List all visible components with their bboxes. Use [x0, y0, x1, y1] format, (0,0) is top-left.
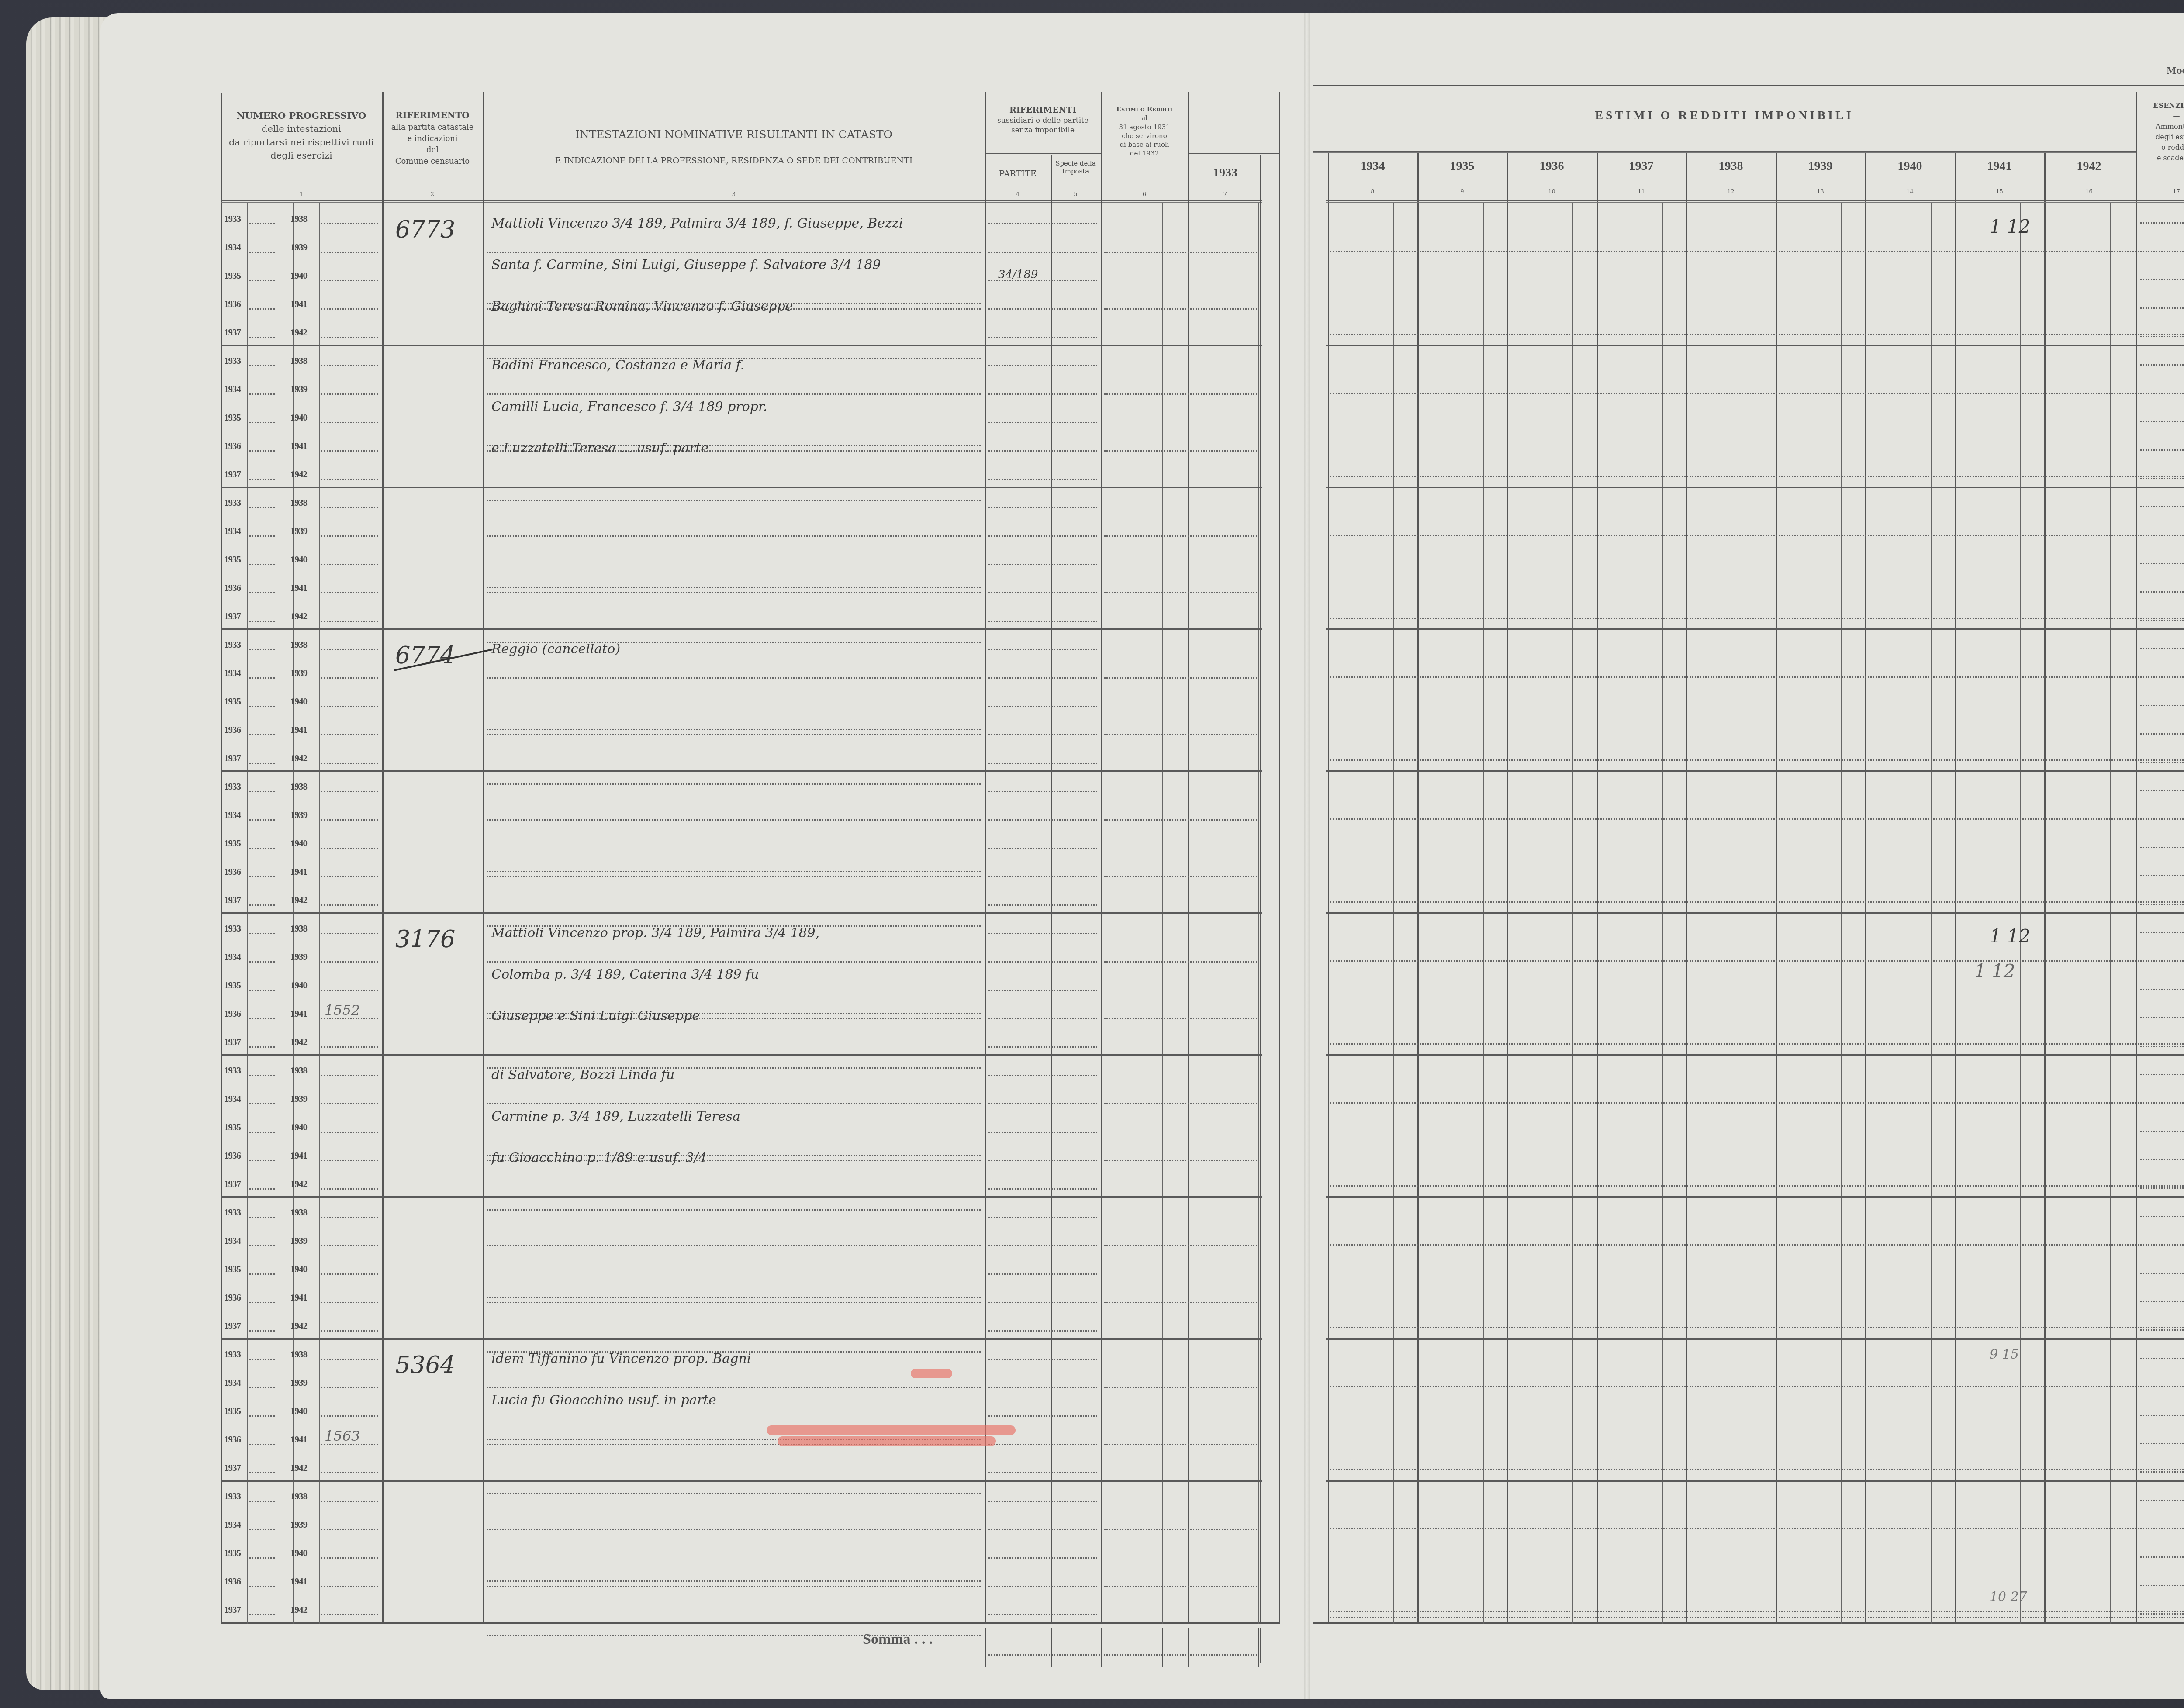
dotted-fill — [321, 904, 378, 906]
dotted-fill — [321, 1302, 378, 1303]
dotted-fill — [321, 393, 378, 395]
dotted-ruling — [1104, 1018, 1257, 1019]
somma-label: Somma . . . — [863, 1631, 933, 1648]
dotted-fill — [249, 1444, 275, 1445]
dotted-ruling — [1104, 1586, 1257, 1587]
dotted-ruling — [487, 1209, 981, 1211]
column-rule — [1101, 92, 1102, 1624]
dotted-fill — [2140, 478, 2184, 479]
year-label: 1940 — [290, 1406, 307, 1417]
somma-column-rule — [1162, 1628, 1163, 1667]
dotted-ruling — [1104, 677, 1257, 679]
dotted-ruling — [1330, 1185, 2184, 1187]
dotted-fill — [249, 876, 275, 877]
year-label: 1938 — [290, 781, 307, 792]
dotted-fill — [249, 1359, 275, 1360]
year-label: 1937 — [224, 1179, 241, 1190]
dotted-fill — [249, 1415, 275, 1417]
year-label: 1936 — [224, 299, 241, 310]
year-label: 1942 — [290, 1463, 307, 1473]
block-separator — [221, 1480, 1262, 1482]
year-label: 1933 — [224, 497, 241, 508]
year-label: 1935 — [224, 980, 241, 991]
dotted-fill — [249, 592, 275, 593]
dotted-fill — [2140, 960, 2184, 962]
dotted-fill — [321, 649, 378, 650]
column-rule — [1417, 153, 1419, 1624]
year-label: 1940 — [290, 838, 307, 849]
dotted-ruling — [487, 1297, 981, 1298]
dotted-ruling — [1104, 1160, 1257, 1161]
dotted-fill — [988, 252, 1097, 253]
dotted-ruling — [487, 1387, 981, 1388]
dotted-fill — [321, 1046, 378, 1048]
dotted-fill — [2140, 1102, 2184, 1104]
year-label: 1938 — [290, 214, 307, 224]
dotted-fill — [2140, 1187, 2184, 1189]
dotted-fill — [321, 280, 378, 281]
intestazione-text: Santa f. Carmine, Sini Luigi, Giuseppe f… — [491, 257, 881, 273]
year-label: 1942 — [290, 611, 307, 622]
partita-reference: 6774 — [395, 642, 455, 669]
column-number: 2 — [382, 191, 483, 198]
dotted-fill — [249, 479, 275, 480]
dotted-fill — [2140, 818, 2184, 820]
header-line: o redditi — [2136, 142, 2184, 153]
dotted-fill — [321, 990, 378, 991]
year-label: 1937 — [224, 1321, 241, 1332]
intestazione-text: fu Gioacchino p. 1/89 e usuf. 3/4 — [491, 1150, 707, 1166]
dotted-fill — [988, 961, 1097, 963]
dotted-ruling — [1330, 251, 2184, 252]
dotted-fill — [321, 791, 378, 792]
year-label: 1941 — [290, 1576, 307, 1587]
partita-reference: 3176 — [395, 925, 455, 953]
dotted-fill — [988, 1359, 1097, 1360]
column-rule — [2044, 153, 2046, 1624]
year-label: 1939 — [290, 810, 307, 821]
dotted-ruling — [487, 876, 981, 877]
dotted-fill — [249, 393, 275, 395]
dotted-fill — [249, 1330, 275, 1332]
dotted-fill — [321, 876, 378, 877]
somma-dotted — [1330, 1617, 2184, 1618]
year-label: 1936 — [224, 1434, 241, 1445]
dotted-ruling — [1330, 818, 2184, 820]
header-intestazioni-subtitle: E INDICAZIONE DELLA PROFESSIONE, RESIDEN… — [483, 155, 985, 167]
dotted-fill — [249, 621, 275, 622]
year-label: 1935 — [224, 1264, 241, 1275]
dotted-ruling — [487, 1493, 981, 1494]
header-estimi-1931: Estimi o Redditial31 agosto 1931che serv… — [1101, 105, 1188, 158]
dotted-fill — [2140, 307, 2184, 309]
red-pencil-mark — [767, 1425, 1016, 1435]
year-label: 1933 — [224, 355, 241, 366]
dotted-fill — [321, 677, 378, 679]
dotted-fill — [321, 706, 378, 707]
dotted-ruling — [487, 1103, 981, 1104]
column-rule — [1597, 153, 1598, 1624]
dotted-fill — [2140, 563, 2184, 564]
dotted-ruling — [1330, 960, 2184, 962]
dotted-fill — [249, 1046, 275, 1048]
dotted-fill — [988, 1132, 1097, 1133]
dotted-fill — [321, 1132, 378, 1133]
year-label: 1938 — [290, 923, 307, 934]
year-label: 1933 — [224, 1207, 241, 1218]
dotted-fill — [321, 308, 378, 310]
column-rule — [1188, 92, 1189, 1624]
dotted-fill — [321, 933, 378, 934]
dotted-fill — [321, 1557, 378, 1559]
dotted-fill — [2140, 1613, 2184, 1615]
column-number: 5 — [1051, 191, 1101, 198]
dotted-fill — [321, 848, 378, 849]
year-label: 1937 — [224, 1463, 241, 1473]
year-label: 1940 — [290, 270, 307, 281]
dotted-fill — [2140, 1500, 2184, 1501]
column-rule — [1328, 153, 1329, 1624]
dotted-fill — [249, 961, 275, 963]
dotted-fill — [2140, 251, 2184, 252]
column-number: 14 — [1865, 189, 1955, 195]
left-table-border — [221, 92, 1280, 1624]
year-label: 1939 — [290, 1094, 307, 1104]
dotted-fill — [249, 365, 275, 366]
column-rule — [1955, 153, 1956, 1624]
year-label: 1937 — [224, 753, 241, 764]
dotted-ruling — [487, 729, 981, 730]
dotted-ruling — [1330, 334, 2184, 335]
dotted-fill — [2140, 1329, 2184, 1331]
year-label: 1934 — [224, 810, 241, 821]
dotted-fill — [249, 422, 275, 423]
column-rule — [1051, 155, 1052, 1624]
dotted-ruling — [1104, 734, 1257, 735]
year-label: 1939 — [290, 1377, 307, 1388]
dotted-fill — [2140, 449, 2184, 451]
dotted-ruling — [1330, 1611, 2184, 1612]
dotted-fill — [988, 1387, 1097, 1388]
dotted-ruling — [1330, 618, 2184, 619]
dotted-fill — [2140, 1216, 2184, 1217]
dotted-fill — [988, 1586, 1097, 1587]
header-title: NUMERO PROGRESSIVO — [221, 109, 382, 122]
somma-column-rule — [1258, 1628, 1259, 1667]
dotted-ruling — [1330, 901, 2184, 903]
dotted-fill — [249, 848, 275, 849]
dotted-fill — [988, 479, 1097, 480]
dotted-fill — [249, 450, 275, 452]
dotted-ruling — [487, 1580, 981, 1582]
year-label: 1936 — [224, 441, 241, 452]
year-label: 1935 — [224, 554, 241, 565]
dotted-fill — [321, 1614, 378, 1615]
side-number: 1563 — [325, 1428, 360, 1444]
header-year-1938: 1938 — [1686, 159, 1776, 173]
header-line: e indicazioni — [382, 133, 483, 145]
red-pencil-mark — [778, 1436, 996, 1446]
column-rule — [1507, 153, 1508, 1624]
dotted-fill — [2140, 506, 2184, 507]
header-line: delle intestazioni — [221, 122, 382, 135]
year-label: 1941 — [290, 725, 307, 735]
dotted-ruling — [1104, 1387, 1257, 1388]
year-label: 1934 — [224, 384, 241, 395]
header-line: del — [382, 145, 483, 156]
somma-dotted — [988, 1654, 1257, 1656]
dotted-ruling — [487, 1529, 981, 1530]
dotted-fill — [988, 1302, 1097, 1303]
header-bottom-rule — [221, 200, 1262, 203]
year-label: 1934 — [224, 1377, 241, 1388]
header-year-1936: 1936 — [1507, 159, 1597, 173]
year-label: 1935 — [224, 270, 241, 281]
year-label: 1937 — [224, 469, 241, 480]
dotted-fill — [988, 649, 1097, 650]
dotted-fill — [321, 621, 378, 622]
header-esenzioni: ESENZIONI—Ammontaredegli estimio redditi… — [2136, 100, 2184, 163]
dotted-ruling — [1330, 1102, 2184, 1104]
block-separator — [1326, 1196, 2184, 1198]
year-label: 1942 — [290, 469, 307, 480]
dotted-ruling — [1104, 1103, 1257, 1104]
dotted-fill — [321, 535, 378, 537]
dotted-ruling — [1104, 1444, 1257, 1445]
dotted-fill — [321, 1075, 378, 1076]
partita-reference: 5364 — [395, 1351, 455, 1379]
year-label: 1939 — [290, 1519, 307, 1530]
dotted-fill — [321, 1415, 378, 1417]
dotted-fill — [2140, 733, 2184, 735]
year-label: 1940 — [290, 696, 307, 707]
dotted-fill — [2140, 1273, 2184, 1274]
dotted-fill — [2140, 904, 2184, 905]
dotted-fill — [249, 337, 275, 338]
dotted-ruling — [1330, 1043, 2184, 1045]
column-number: 17 — [2136, 189, 2184, 195]
dotted-fill — [321, 1501, 378, 1502]
header-line: sussidiari e delle partite — [985, 116, 1101, 125]
year-label: 1938 — [290, 1065, 307, 1076]
dotted-ruling — [1330, 1327, 2184, 1328]
year-label: 1940 — [290, 1122, 307, 1133]
column-rule — [2136, 92, 2137, 1624]
dotted-fill — [988, 308, 1097, 310]
dotted-fill — [321, 1103, 378, 1104]
dotted-fill — [249, 677, 275, 679]
header-intestazioni-title: INTESTAZIONI NOMINATIVE RISULTANTI IN CA… — [483, 127, 985, 142]
year-label: 1938 — [290, 1349, 307, 1360]
year-label: 1934 — [224, 1519, 241, 1530]
dotted-fill — [249, 223, 275, 224]
estimo-value: 10 27 — [1990, 1589, 2027, 1604]
dotted-fill — [2140, 1131, 2184, 1132]
dotted-fill — [249, 1103, 275, 1104]
dotted-ruling — [487, 1245, 981, 1246]
intestazione-text: Lucia fu Gioacchino usuf. in parte — [491, 1393, 716, 1408]
dotted-fill — [321, 763, 378, 764]
year-label: 1938 — [290, 497, 307, 508]
dotted-fill — [321, 1188, 378, 1190]
dotted-ruling — [487, 1302, 981, 1303]
header-title: Estimi o Redditi — [1101, 105, 1188, 114]
header-line: Ammontare — [2136, 121, 2184, 132]
intestazione-text: Baghini Teresa Romina, Vincenzo f. Giuse… — [491, 299, 793, 314]
dotted-fill — [2140, 762, 2184, 763]
year-label: 1942 — [290, 753, 307, 764]
header-line: alla partita catastale — [382, 122, 483, 133]
dotted-fill — [2140, 591, 2184, 593]
dotted-fill — [988, 1018, 1097, 1019]
dotted-fill — [249, 990, 275, 991]
dotted-fill — [988, 422, 1097, 423]
dotted-fill — [2140, 1074, 2184, 1075]
year-label: 1933 — [224, 781, 241, 792]
header-year-1933: 1933 — [1188, 166, 1262, 180]
year-label: 1934 — [224, 1094, 241, 1104]
year-label: 1934 — [224, 526, 241, 537]
header-year-1941: 1941 — [1955, 159, 2044, 173]
estimo-value: 1 12 — [1990, 925, 2031, 947]
dotted-fill — [249, 1302, 275, 1303]
header-title: RIFERIMENTO — [382, 109, 483, 122]
dotted-ruling — [1104, 252, 1257, 253]
dotted-ruling — [1104, 308, 1257, 310]
form-code-label: Mod. 111 - Imposte Dirette (Intercalare)… — [2167, 66, 2184, 76]
estimi-group-title: ESTIMI O REDDITI IMPONIBILI — [1313, 107, 2136, 125]
column-rule — [483, 92, 484, 1624]
dotted-fill — [988, 819, 1097, 821]
dotted-fill — [2140, 620, 2184, 621]
year-label: 1933 — [224, 923, 241, 934]
header-divider — [1188, 153, 1280, 155]
dotted-fill — [321, 564, 378, 565]
column-rule — [985, 92, 986, 1624]
header-year-1935: 1935 — [1417, 159, 1507, 173]
dotted-fill — [321, 365, 378, 366]
dotted-fill — [2140, 1017, 2184, 1018]
dotted-fill — [321, 223, 378, 224]
dotted-fill — [249, 308, 275, 310]
dotted-fill — [2140, 1159, 2184, 1160]
year-label: 1934 — [224, 242, 241, 253]
dotted-fill — [321, 1245, 378, 1246]
year-label: 1935 — [224, 838, 241, 849]
intestazione-text: di Salvatore, Bozzi Linda fu — [491, 1067, 674, 1083]
somma-column-rule — [1188, 1628, 1189, 1667]
intestazione-text: idem Tiffanino fu Vincenzo prop. Bagni — [491, 1351, 751, 1366]
dotted-fill — [321, 819, 378, 821]
dotted-fill — [988, 1217, 1097, 1218]
dotted-ruling — [1330, 1244, 2184, 1246]
year-label: 1938 — [290, 639, 307, 650]
right-table-border — [1313, 85, 2184, 1624]
block-separator — [1326, 912, 2184, 914]
year-label: 1936 — [224, 1292, 241, 1303]
dotted-fill — [249, 507, 275, 508]
dotted-fill — [988, 876, 1097, 877]
dotted-fill — [988, 763, 1097, 764]
dotted-fill — [2140, 705, 2184, 706]
column-number: 1 — [221, 191, 382, 198]
block-separator — [221, 487, 1262, 488]
year-label: 1942 — [290, 895, 307, 906]
dotted-fill — [321, 1472, 378, 1473]
dotted-ruling — [1104, 1245, 1257, 1246]
dotted-ruling — [487, 961, 981, 963]
dotted-fill — [249, 1387, 275, 1388]
dotted-fill — [988, 848, 1097, 849]
dotted-fill — [249, 904, 275, 906]
column-number: 13 — [1776, 189, 1865, 195]
year-label: 1935 — [224, 696, 241, 707]
year-label: 1939 — [290, 668, 307, 679]
dotted-fill — [2140, 932, 2184, 933]
dotted-fill — [249, 535, 275, 537]
header-line: al — [1101, 114, 1188, 122]
dotted-fill — [988, 1245, 1097, 1246]
dotted-fill — [988, 1557, 1097, 1559]
dotted-fill — [988, 393, 1097, 395]
column-number: 16 — [2044, 189, 2134, 195]
year-label: 1936 — [224, 1150, 241, 1161]
header-year-1939: 1939 — [1776, 159, 1865, 173]
year-label: 1936 — [224, 866, 241, 877]
year-label: 1941 — [290, 299, 307, 310]
intestazione-text: e Luzzatelli Teresa ... usuf. parte — [491, 441, 708, 456]
dotted-fill — [321, 1160, 378, 1161]
dotted-fill — [249, 1614, 275, 1615]
dotted-fill — [988, 1103, 1097, 1104]
dotted-fill — [2140, 1471, 2184, 1473]
year-label: 1940 — [290, 554, 307, 565]
year-label: 1942 — [290, 327, 307, 338]
dotted-ruling — [1330, 1528, 2184, 1529]
dotted-ruling — [487, 535, 981, 537]
dotted-fill — [2140, 1528, 2184, 1529]
year-label: 1940 — [290, 1264, 307, 1275]
year-label: 1935 — [224, 1122, 241, 1133]
header-dash: — — [2136, 111, 2184, 121]
dotted-fill — [2140, 1415, 2184, 1416]
dotted-fill — [249, 1273, 275, 1275]
dotted-ruling — [1330, 759, 2184, 761]
block-separator — [221, 912, 1262, 914]
dotted-fill — [321, 734, 378, 735]
dotted-fill — [988, 1330, 1097, 1332]
dotted-ruling — [487, 871, 981, 872]
block-separator — [221, 1054, 1262, 1056]
column-number: 3 — [483, 191, 985, 198]
dotted-fill — [988, 1046, 1097, 1048]
year-label: 1938 — [290, 1491, 307, 1502]
dotted-fill — [321, 592, 378, 593]
year-label: 1938 — [290, 1207, 307, 1218]
block-separator — [221, 628, 1262, 630]
year-label: 1936 — [224, 1576, 241, 1587]
dotted-fill — [249, 819, 275, 821]
dotted-fill — [249, 1132, 275, 1133]
year-label: 1936 — [224, 583, 241, 593]
dotted-fill — [988, 791, 1097, 792]
year-label: 1942 — [290, 1321, 307, 1332]
dotted-ruling — [487, 252, 981, 253]
dotted-fill — [321, 1529, 378, 1530]
dotted-fill — [249, 1586, 275, 1587]
dotted-fill — [249, 1472, 275, 1473]
header-line: Comune censuario — [382, 156, 483, 167]
